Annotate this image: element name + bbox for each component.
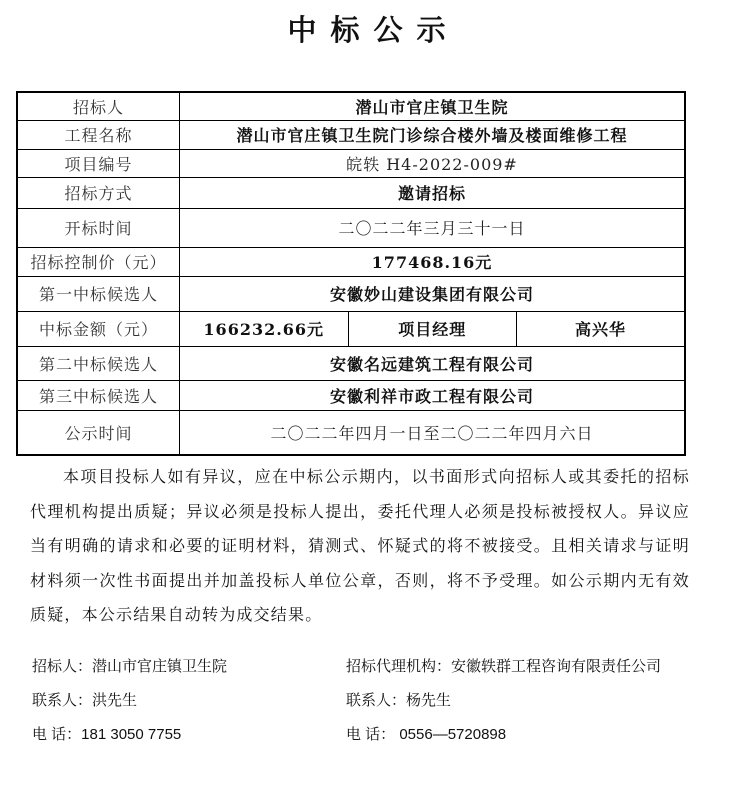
- label-award-amount: 中标金额（元）: [17, 311, 180, 346]
- table-row-award-amount: 中标金额（元） 166232.66元 项目经理 高兴华: [17, 311, 685, 346]
- label-opening-date: 开标时间: [17, 208, 180, 247]
- value-publicity-period: 二〇二二年四月一日至二〇二二年四月六日: [180, 410, 686, 455]
- value-tenderer: 潜山市官庄镇卫生院: [180, 92, 686, 120]
- table-row-control-price: 招标控制价（元） 177468.16元: [17, 247, 685, 276]
- value-first-candidate: 安徽妙山建设集团有限公司: [180, 276, 686, 311]
- agency-contact: 招标代理机构：安徽轶群工程咨询有限责任公司 联系人：杨先生 电 话： 0556—…: [346, 655, 661, 757]
- label-project-number: 项目编号: [17, 149, 180, 177]
- table-row-opening-date: 开标时间 二〇二二年三月三十一日: [17, 208, 685, 247]
- table-row-third-candidate: 第三中标候选人 安徽利祥市政工程有限公司: [17, 380, 685, 410]
- label-first-candidate: 第一中标候选人: [17, 276, 180, 311]
- table-row-publicity-period: 公示时间 二〇二二年四月一日至二〇二二年四月六日: [17, 410, 685, 455]
- tenderer-contact: 招标人：潜山市官庄镇卫生院 联系人：洪先生 电 话：181 3050 7755: [32, 655, 227, 757]
- label-bid-method: 招标方式: [17, 177, 180, 208]
- value-project-manager: 高兴华: [517, 311, 686, 346]
- table-row-second-candidate: 第二中标候选人 安徽名远建筑工程有限公司: [17, 346, 685, 380]
- agency-phone: 电 话： 0556—5720898: [346, 723, 661, 757]
- value-project-name: 潜山市官庄镇卫生院门诊综合楼外墙及楼面维修工程: [180, 120, 686, 149]
- value-bid-method: 邀请招标: [180, 177, 686, 208]
- value-second-candidate: 安徽名远建筑工程有限公司: [180, 346, 686, 380]
- table-row-project-number: 项目编号 皖轶 H4-2022-009#: [17, 149, 685, 177]
- tenderer-org: 招标人：潜山市官庄镇卫生院: [32, 655, 227, 689]
- tenderer-contact-person: 联系人：洪先生: [32, 689, 227, 723]
- value-opening-date: 二〇二二年三月三十一日: [180, 208, 686, 247]
- page-title: 中标公示: [0, 8, 733, 49]
- label-second-candidate: 第二中标候选人: [17, 346, 180, 380]
- agency-org: 招标代理机构：安徽轶群工程咨询有限责任公司: [346, 655, 661, 689]
- value-project-number: 皖轶 H4-2022-009#: [180, 149, 686, 177]
- table-row-project-name: 工程名称 潜山市官庄镇卫生院门诊综合楼外墙及楼面维修工程: [17, 120, 685, 149]
- objection-notice: 本项目投标人如有异议，应在中标公示期内，以书面形式向招标人或其委托的招标代理机构…: [30, 460, 690, 633]
- label-third-candidate: 第三中标候选人: [17, 380, 180, 410]
- label-project-manager: 项目经理: [348, 311, 517, 346]
- label-tenderer: 招标人: [17, 92, 180, 120]
- value-third-candidate: 安徽利祥市政工程有限公司: [180, 380, 686, 410]
- label-control-price: 招标控制价（元）: [17, 247, 180, 276]
- table-row-first-candidate: 第一中标候选人 安徽妙山建设集团有限公司: [17, 276, 685, 311]
- label-project-name: 工程名称: [17, 120, 180, 149]
- agency-contact-person: 联系人：杨先生: [346, 689, 661, 723]
- table-row-bid-method: 招标方式 邀请招标: [17, 177, 685, 208]
- label-publicity-period: 公示时间: [17, 410, 180, 455]
- value-control-price: 177468.16元: [180, 247, 686, 276]
- tenderer-phone: 电 话：181 3050 7755: [32, 723, 227, 757]
- award-table: 招标人 潜山市官庄镇卫生院 工程名称 潜山市官庄镇卫生院门诊综合楼外墙及楼面维修…: [16, 91, 686, 456]
- table-row-tenderer: 招标人 潜山市官庄镇卫生院: [17, 92, 685, 120]
- value-award-amount: 166232.66元: [180, 311, 349, 346]
